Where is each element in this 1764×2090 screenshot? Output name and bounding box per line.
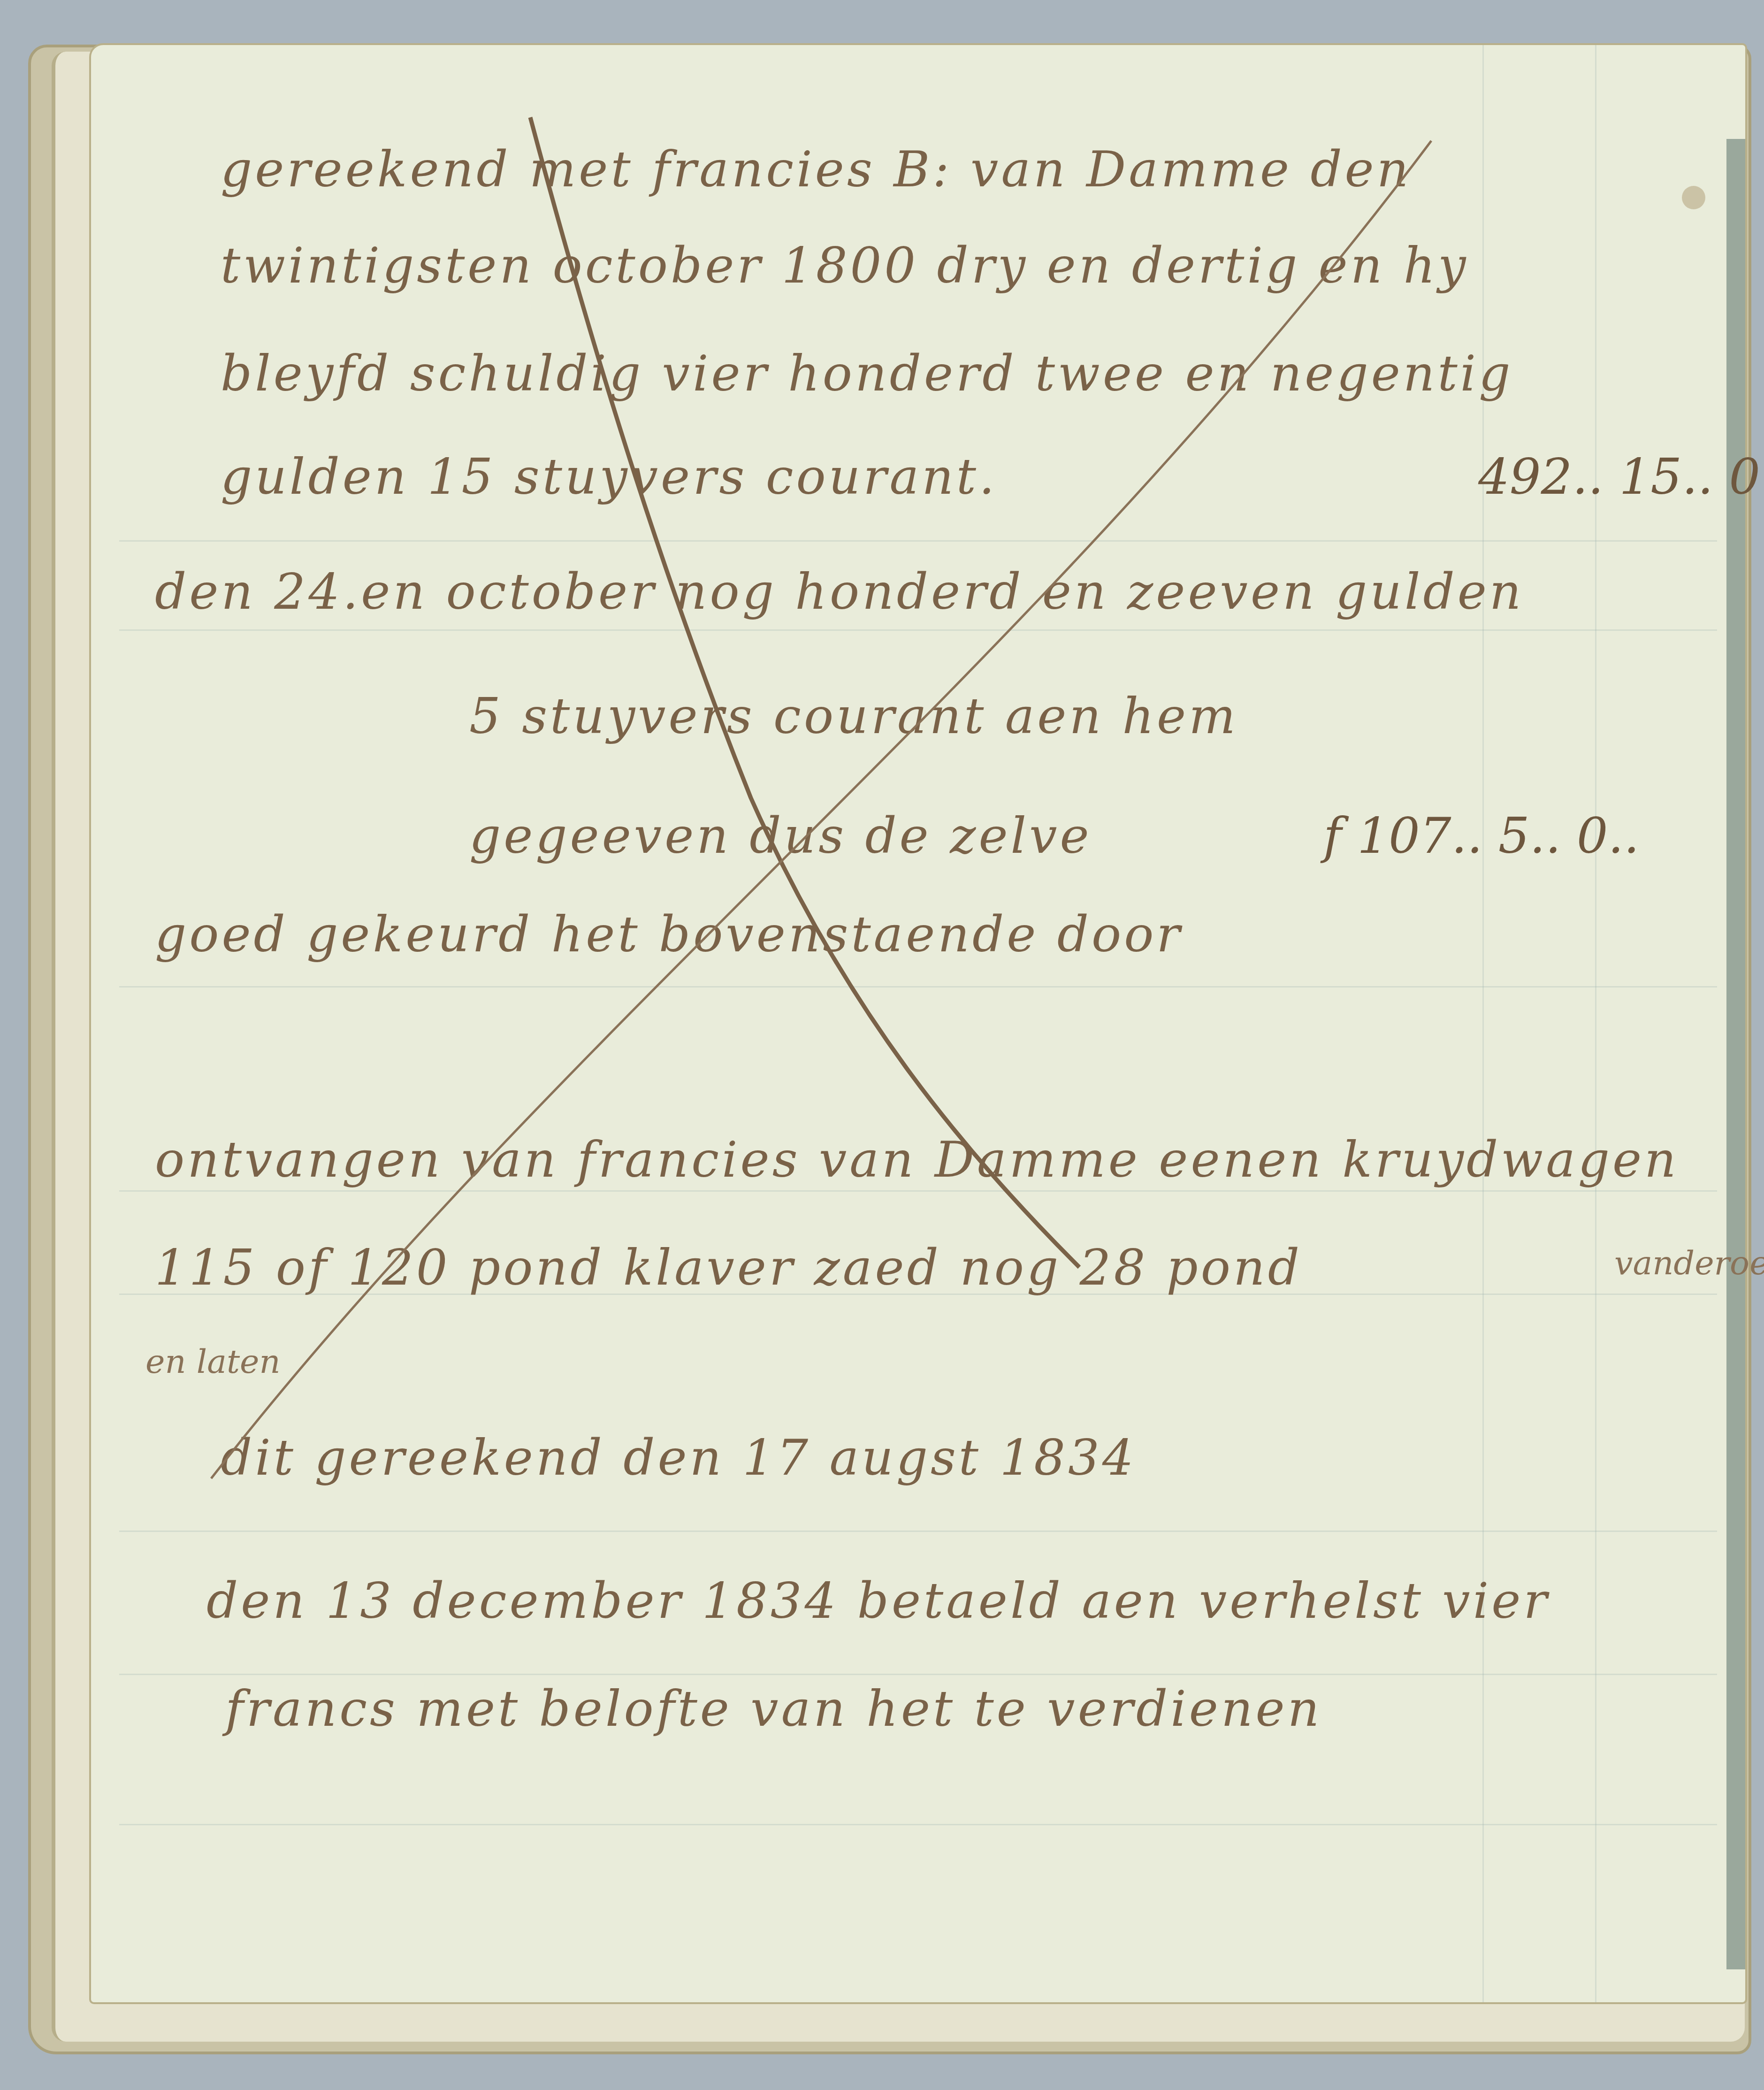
cross-out-mark (0, 0, 1764, 2090)
